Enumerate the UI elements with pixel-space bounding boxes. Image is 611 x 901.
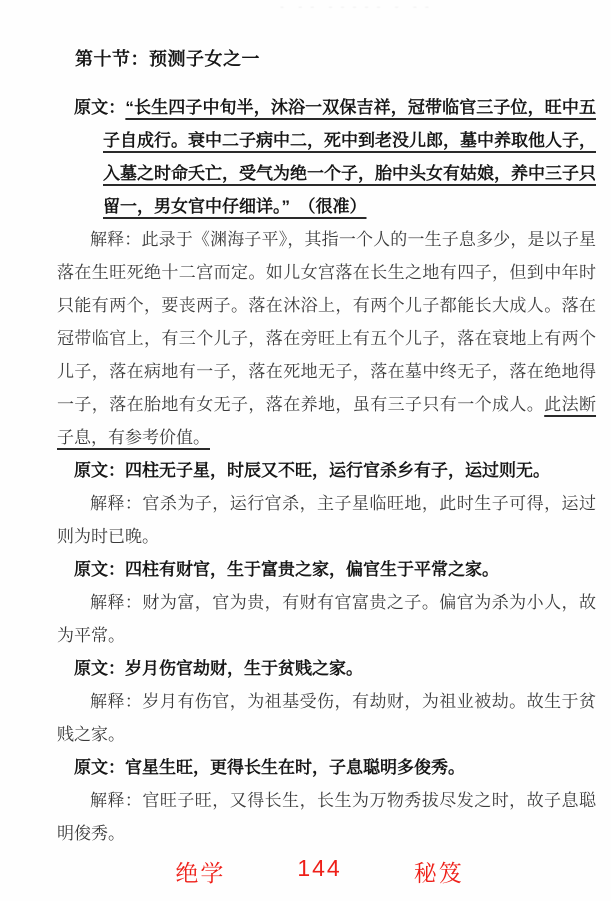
page-number: 144 — [297, 855, 341, 888]
original-text-line: 原文：岁月伤官劫财，生于贫贱之家。 — [57, 652, 596, 685]
footer-right-label: 秘笈 — [414, 855, 464, 888]
scanned-book-page: ﹣ ﹣﹣ ﹣﹣﹣﹣﹣ ﹣ ﹣﹣ 第十节：预测子女之一 原文：“长生四子中旬半，沐… — [0, 0, 611, 901]
original-text-line: 原文：四柱无子星，时辰又不旺，运行官杀乡有子，运过则无。 — [57, 454, 596, 487]
original-text-quote: 原文：“长生四子中旬半，沐浴一双保吉祥，冠带临官三子位，旺中五子自成行。衰中二子… — [57, 91, 596, 223]
footer-left-label: 绝学 — [175, 855, 225, 888]
paragraph-label: 原文： — [74, 461, 125, 480]
explanation-paragraph: 解释：官旺子旺，又得长生，长生为万物秀拔尽发之时，故子息聪明俊秀。 — [57, 784, 596, 850]
original-text: 岁月伤官劫财，生于贫贱之家。 — [125, 659, 363, 678]
faint-header-marks: ﹣ ﹣﹣ ﹣﹣﹣﹣﹣ ﹣ ﹣﹣ — [278, 1, 468, 12]
original-text-line: 原文：四柱有财官，生于富贵之家，偏官生于平常之家。 — [57, 553, 596, 586]
quote-note: （很准） — [290, 197, 367, 216]
paragraph-label: 解释： — [90, 593, 142, 612]
explanation-paragraph: 解释：岁月有伤官，为祖基受伤，有劫财，为祖业被劫。故生于贫贱之家。 — [57, 685, 596, 751]
paragraph-label: 原文： — [74, 758, 125, 777]
paragraph-label: 原文： — [74, 98, 125, 117]
paragraph-label: 解释： — [90, 791, 142, 810]
paragraph-label: 解释： — [90, 494, 142, 513]
explanation-paragraph: 解释：财为富，官为贵，有财有官富贵之子。偏官为杀为小人，故为平常。 — [57, 586, 596, 652]
page-body: 原文：“长生四子中旬半，沐浴一双保吉祥，冠带临官三子位，旺中五子自成行。衰中二子… — [57, 91, 596, 850]
paragraph-label: 解释： — [90, 230, 141, 249]
original-text: 四柱有财官，生于富贵之家，偏官生于平常之家。 — [125, 560, 499, 579]
page-title: 第十节：预测子女之一 — [75, 45, 260, 71]
explanation-paragraph: 解释：此录于《渊海子平》，其指一个人的一生子息多少，是以子星落在生旺死绝十二宫而… — [57, 223, 596, 454]
original-text-line: 原文：官星生旺，更得长生在时，子息聪明多俊秀。 — [57, 751, 596, 784]
explanation-paragraph: 解释：官杀为子，运行官杀，主子星临旺地，此时生子可得，运过则为时已晚。 — [57, 487, 596, 553]
paragraph-label: 原文： — [74, 659, 125, 678]
explanation-text: 此录于《渊海子平》，其指一个人的一生子息多少，是以子星落在生旺死绝十二宫而定。如… — [57, 230, 596, 414]
original-text: 官星生旺，更得长生在时，子息聪明多俊秀。 — [125, 758, 465, 777]
page-footer: 绝学 144 秘笈 — [14, 855, 611, 888]
original-text: 四柱无子星，时辰又不旺，运行官杀乡有子，运过则无。 — [125, 461, 550, 480]
paragraph-label: 原文： — [74, 560, 125, 579]
paragraph-label: 解释： — [90, 692, 142, 711]
